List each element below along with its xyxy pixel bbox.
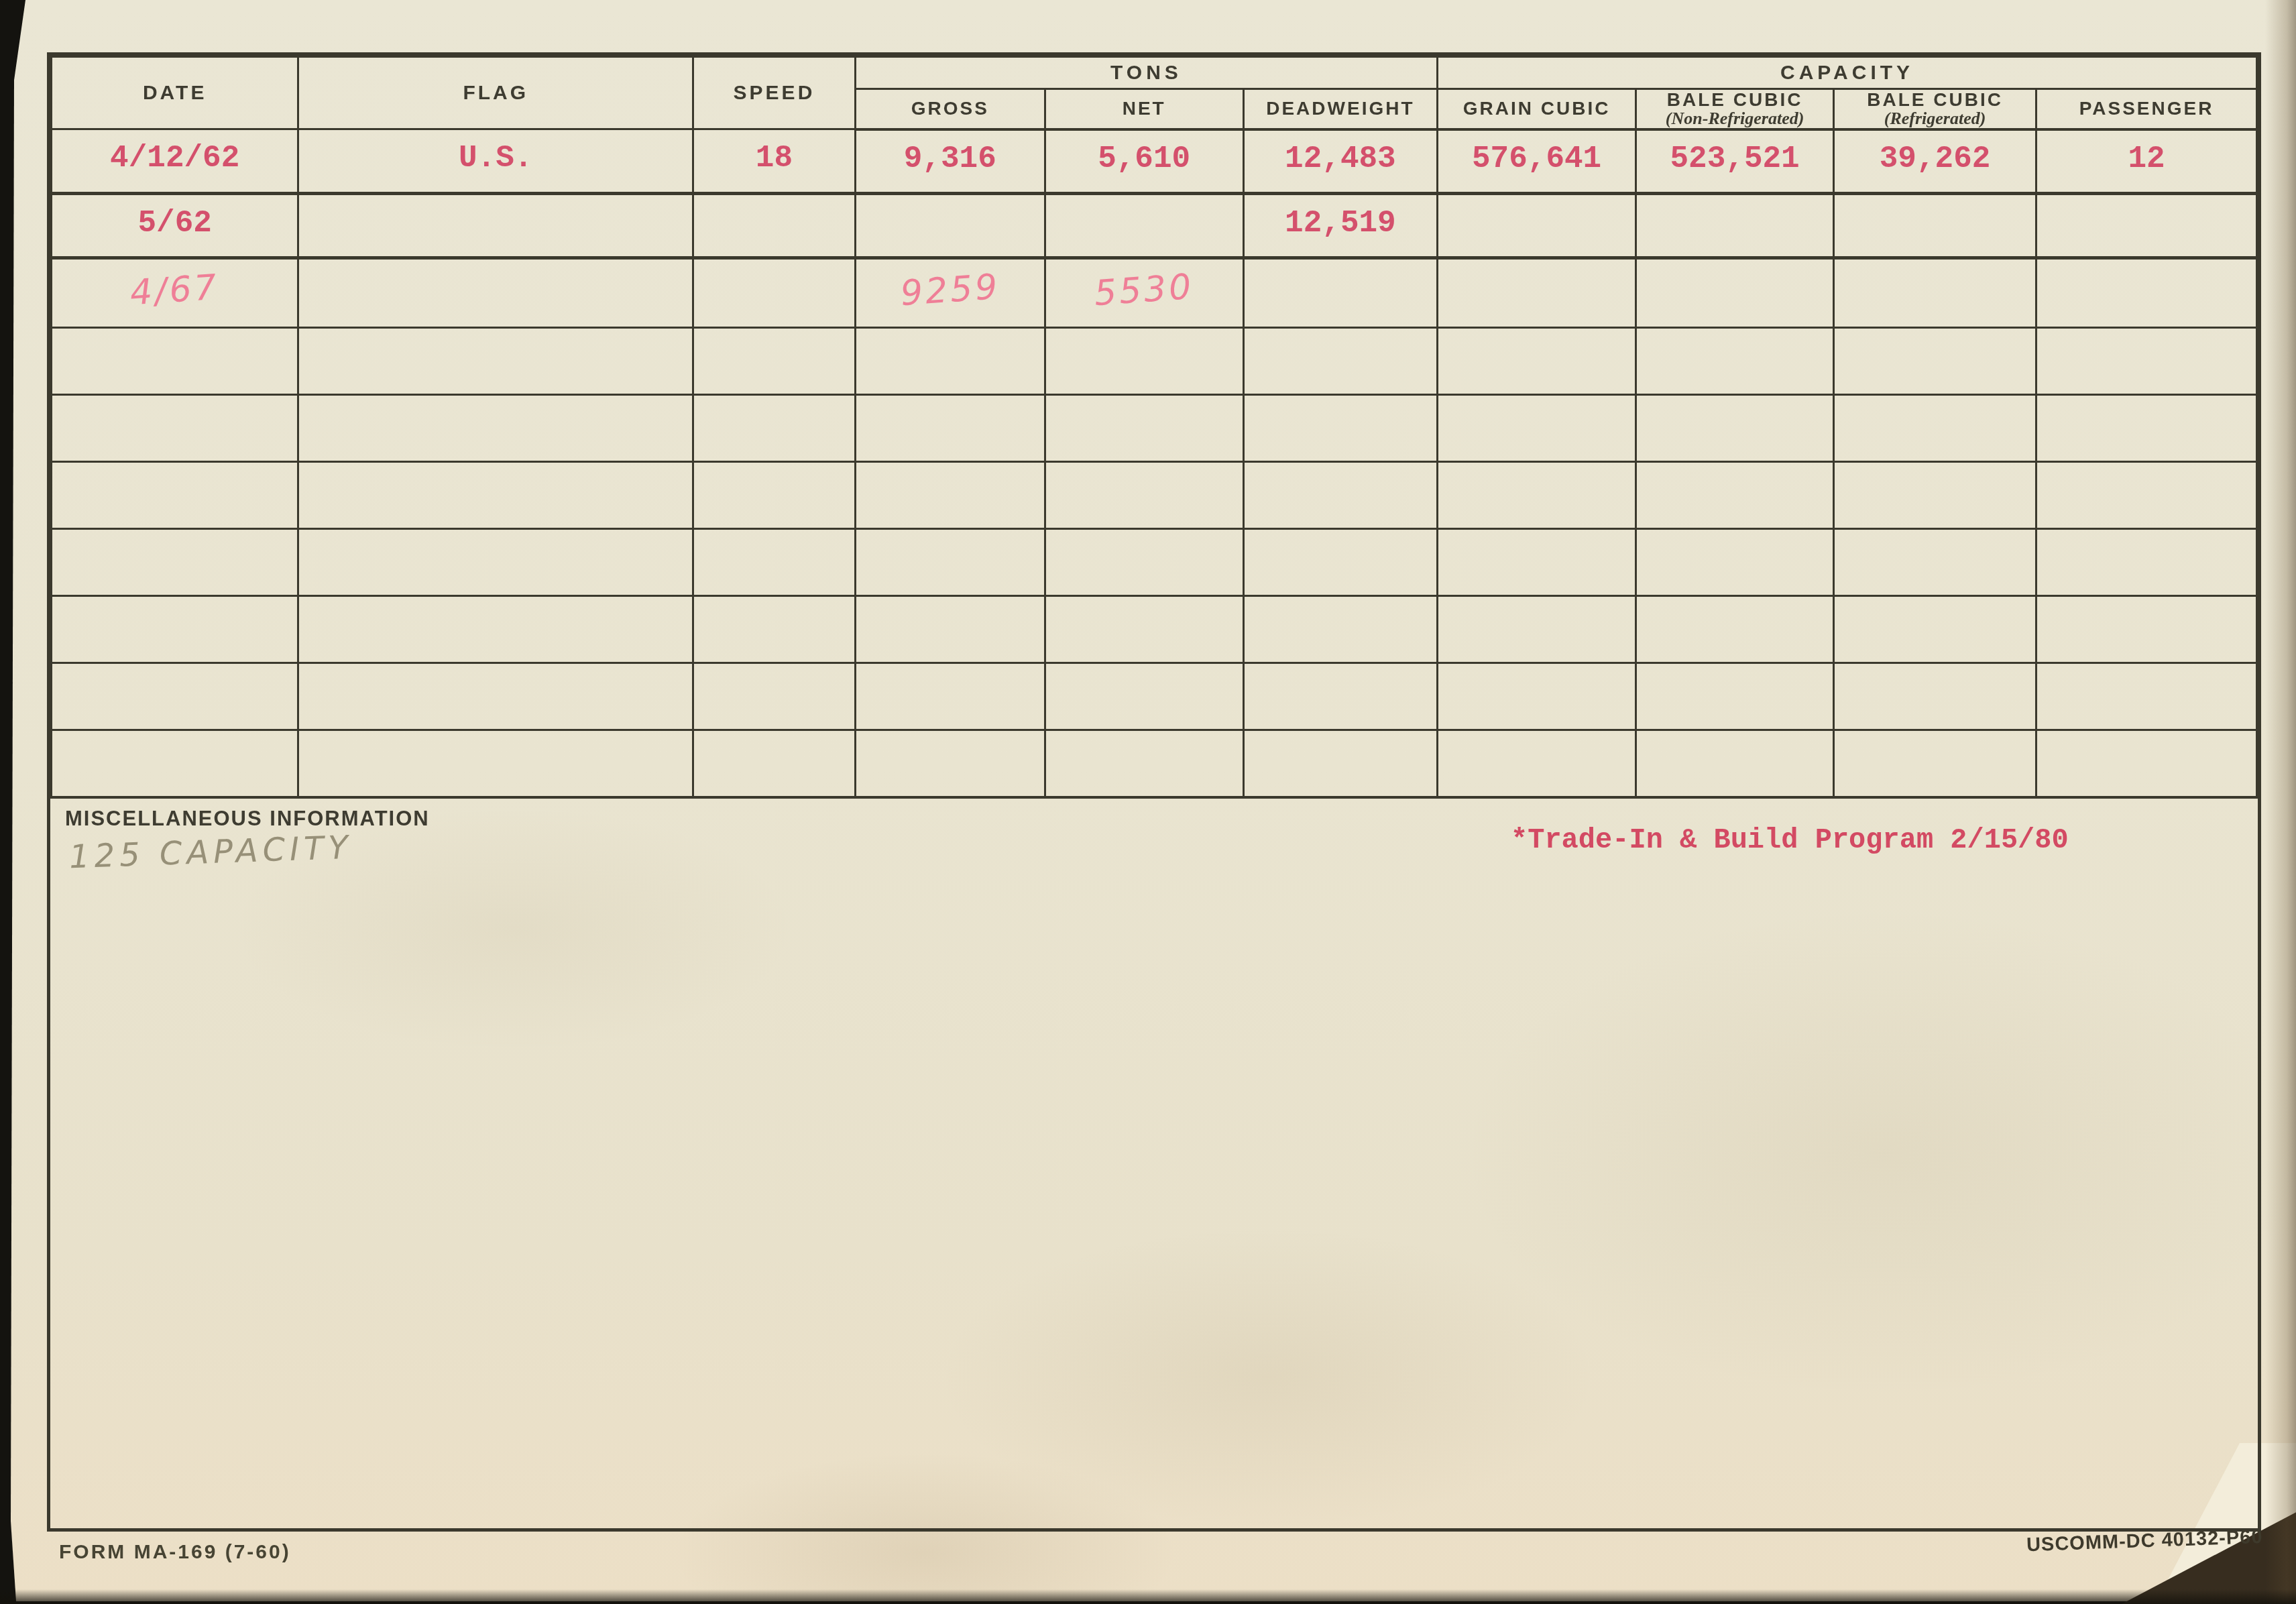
cell-empty [1636,529,1834,596]
col-header-deadweight: DEADWEIGHT [1243,89,1437,129]
scan-edge-right [2265,0,2296,1604]
cell-empty [52,730,298,797]
cell-empty [2036,462,2257,529]
cell-empty [1243,529,1437,596]
col-header-speed: SPEED [693,57,856,129]
cell-speed [693,194,856,258]
cell-empty [1438,395,1636,462]
cell-empty [1636,462,1834,529]
cell-empty [855,529,1045,596]
cell-empty [693,328,856,395]
cell-speed: 18 [693,129,856,194]
handwritten-net: 5530 [1093,267,1195,314]
cell-passenger [2036,194,2257,258]
cell-empty [298,328,693,395]
handwritten-gross: 9259 [899,267,1001,314]
cell-empty [2036,328,2257,395]
cell-empty [52,596,298,663]
bale-cubic-nonref-line2: (Non-Refrigerated) [1637,109,1833,127]
cell-flag [298,194,693,258]
cell-empty [1243,462,1437,529]
cell-empty [298,596,693,663]
cell-empty [1045,663,1243,730]
cell-grain-cubic: 576,641 [1438,129,1636,194]
cell-bale-cubic-nonref: 523,521 [1636,129,1834,194]
cell-empty [1438,328,1636,395]
cell-empty [52,328,298,395]
cell-empty [1636,730,1834,797]
handwritten-date: 4/67 [129,268,221,314]
cell-empty [2036,663,2257,730]
cell-empty [298,529,693,596]
cell-empty [1636,663,1834,730]
cell-bale-cubic-ref: 39,262 [1834,129,2036,194]
cell-gross: 9,316 [855,129,1045,194]
cell-flag: U.S. [298,129,693,194]
cell-empty [2036,529,2257,596]
cell-gross: 9259 [855,258,1045,328]
cell-bale-cubic-ref [1834,194,2036,258]
cell-empty [1045,529,1243,596]
miscellaneous-section: MISCELLANEOUS INFORMATION 125 CAPACITY *… [50,799,2258,1534]
col-header-net: NET [1045,89,1243,129]
vessel-data-table: DATE FLAG SPEED TONS CAPACITY GROSS NET … [50,56,2258,799]
cell-empty [1045,395,1243,462]
cell-empty [693,395,856,462]
cell-empty [1834,596,2036,663]
cell-empty [1834,328,2036,395]
cell-empty [2036,730,2257,797]
cell-empty [1636,596,1834,663]
cell-date: 4/12/62 [52,129,298,194]
cell-empty [2036,395,2257,462]
cell-speed [693,258,856,328]
cell-empty [693,730,856,797]
cell-empty [1834,462,2036,529]
cell-deadweight: 12,519 [1243,194,1437,258]
cell-empty [855,596,1045,663]
scan-edge-bottom [0,1589,2296,1604]
form-number: FORM MA-169 (7-60) [59,1541,291,1564]
table-row-empty [52,663,2257,730]
table-row-empty [52,328,2257,395]
bale-cubic-ref-line1: BALE CUBIC [1867,89,2003,110]
cell-empty [855,730,1045,797]
col-header-bale-cubic-ref: BALE CUBIC (Refrigerated) [1834,89,2036,129]
cell-bale-cubic-nonref [1636,258,1834,328]
cell-empty [693,663,856,730]
cell-deadweight [1243,258,1437,328]
cell-empty [855,663,1045,730]
cell-empty [1243,596,1437,663]
table-row-empty [52,596,2257,663]
cell-bale-cubic-nonref [1636,194,1834,258]
bale-cubic-nonref-line1: BALE CUBIC [1667,89,1803,110]
cell-empty [1243,663,1437,730]
table-row-empty [52,730,2257,797]
cell-net: 5,610 [1045,129,1243,194]
col-header-grain-cubic: GRAIN CUBIC [1438,89,1636,129]
cell-empty [1438,529,1636,596]
cell-empty [1045,730,1243,797]
cell-empty [1045,462,1243,529]
header-group-row: DATE FLAG SPEED TONS CAPACITY [52,57,2257,89]
pencil-handwritten-note: 125 CAPACITY [68,828,353,876]
cell-empty [52,663,298,730]
cell-empty [693,529,856,596]
cell-date: 4/67 [52,258,298,328]
cell-empty [298,462,693,529]
cell-empty [1834,529,2036,596]
cell-empty [1243,730,1437,797]
cell-empty [1045,596,1243,663]
cell-empty [1243,328,1437,395]
miscellaneous-label: MISCELLANEOUS INFORMATION [65,807,430,831]
cell-deadweight: 12,483 [1243,129,1437,194]
col-header-date: DATE [52,57,298,129]
cell-flag [298,258,693,328]
cell-gross [855,194,1045,258]
cell-empty [693,596,856,663]
cell-empty [1438,596,1636,663]
col-header-flag: FLAG [298,57,693,129]
cell-passenger: 12 [2036,129,2257,194]
cell-empty [298,395,693,462]
cell-bale-cubic-ref [1834,258,2036,328]
cell-grain-cubic [1438,194,1636,258]
group-header-tons: TONS [855,57,1437,89]
cell-passenger [2036,258,2257,328]
table-row: 4/67 9259 5530 [52,258,2257,328]
cell-empty [1636,328,1834,395]
cell-empty [1045,328,1243,395]
cell-empty [1438,462,1636,529]
col-header-bale-cubic-nonref: BALE CUBIC (Non-Refrigerated) [1636,89,1834,129]
cell-empty [1243,395,1437,462]
table-row-empty [52,462,2257,529]
col-header-gross: GROSS [855,89,1045,129]
trade-in-program-note: *Trade-In & Build Program 2/15/80 [1511,824,2069,856]
cell-net [1045,194,1243,258]
cell-empty [855,462,1045,529]
cell-empty [1636,395,1834,462]
cell-date: 5/62 [52,194,298,258]
cell-empty [1438,730,1636,797]
cell-empty [855,328,1045,395]
table-row: 5/62 12,519 [52,194,2257,258]
cell-empty [2036,596,2257,663]
cell-grain-cubic [1438,258,1636,328]
cell-net: 5530 [1045,258,1243,328]
cell-empty [52,462,298,529]
cell-empty [298,663,693,730]
bale-cubic-ref-line2: (Refrigerated) [1835,109,2035,127]
cell-empty [1834,663,2036,730]
cell-empty [1438,663,1636,730]
cell-empty [855,395,1045,462]
table-row-empty [52,395,2257,462]
cell-empty [52,395,298,462]
form-outer-box: DATE FLAG SPEED TONS CAPACITY GROSS NET … [47,52,2261,1532]
table-row: 4/12/62 U.S. 18 9,316 5,610 12,483 576,6… [52,129,2257,194]
group-header-capacity: CAPACITY [1438,57,2257,89]
cell-empty [1834,730,2036,797]
cell-empty [693,462,856,529]
cell-empty [298,730,693,797]
cell-empty [52,529,298,596]
col-header-passenger: PASSENGER [2036,89,2257,129]
cell-empty [1834,395,2036,462]
table-row-empty [52,529,2257,596]
